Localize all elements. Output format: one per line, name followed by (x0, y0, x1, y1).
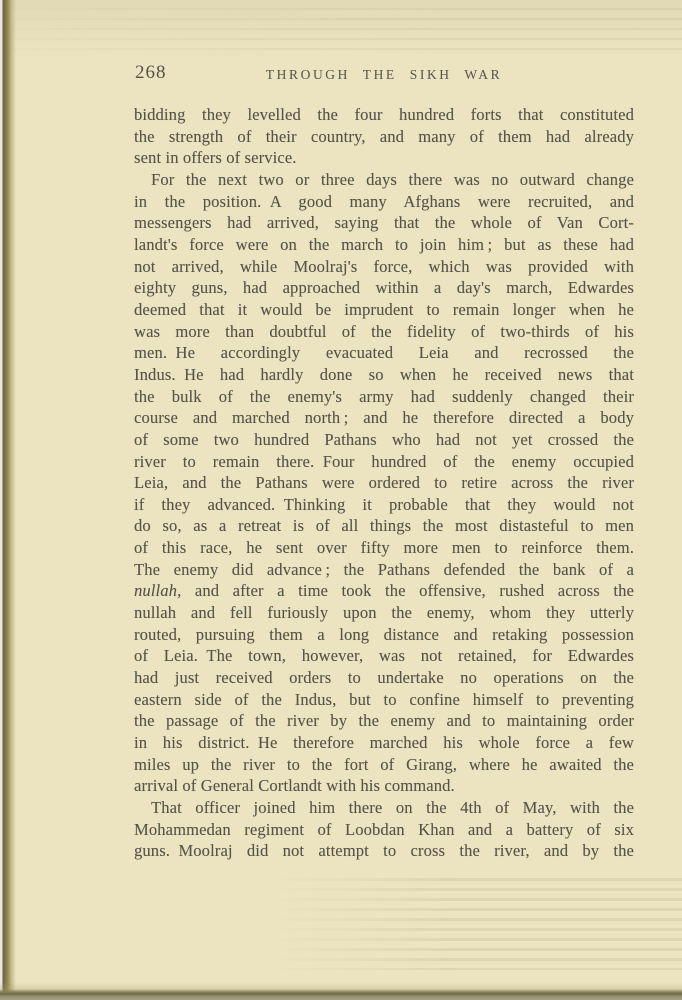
text-line: of this race, he sent over fifty more me… (134, 537, 634, 559)
text-segment: guns. Moolraj did not attempt to cross t… (134, 841, 634, 860)
text-line: the passage of the river by the enemy an… (134, 710, 634, 732)
text-line: routed, pursuing them a long distance an… (134, 624, 634, 646)
text-line: eighty guns, had approached within a day… (134, 277, 634, 299)
text-segment: For the next two or three days there was… (151, 170, 634, 189)
text-segment: The enemy did advance ; the Pathans defe… (134, 560, 634, 579)
text-segment: river to remain there. Four hundred of t… (134, 452, 634, 471)
text-line: arrival of General Cortlandt with his co… (134, 775, 634, 797)
text-segment: Indus. He had hardly done so when he rec… (134, 365, 634, 384)
text-segment: and after a time took the offensive, rus… (181, 581, 634, 600)
text-segment: miles up the river to the fort of Girang… (134, 755, 634, 774)
text-line: in his district. He therefore marched hi… (134, 732, 634, 754)
text-line: Leia, and the Pathans were ordered to re… (134, 472, 634, 494)
text-segment: course and marched north ; and he theref… (134, 408, 634, 427)
text-line: if they advanced. Thinking it probable t… (134, 494, 634, 516)
text-segment: was more than doubtful of the fidelity o… (134, 322, 634, 341)
text-segment: sent in offers of service. (134, 148, 297, 167)
text-segment: in the position. A good many Afghans wer… (134, 192, 634, 211)
text-line: do so, as a retreat is of all things the… (134, 515, 634, 537)
text-segment: eastern side of the Indus, but to confin… (134, 690, 634, 709)
text-line: course and marched north ; and he theref… (134, 407, 634, 429)
text-line: miles up the river to the fort of Girang… (134, 754, 634, 776)
text-line: in the position. A good many Afghans wer… (134, 191, 634, 213)
scan-artifact-top (0, 8, 682, 54)
text-line: river to remain there. Four hundred of t… (134, 451, 634, 473)
text-segment: of some two hundred Pathans who had not … (134, 430, 634, 449)
text-segment: the passage of the river by the enemy an… (134, 711, 634, 730)
text-line: guns. Moolraj did not attempt to cross t… (134, 840, 634, 862)
text-segment: messengers had arrived, saying that the … (134, 213, 634, 232)
text-segment: landt's force were on the march to join … (134, 235, 634, 254)
text-line: landt's force were on the march to join … (134, 234, 634, 256)
body-text: bidding they levelled the four hundred f… (134, 104, 634, 862)
text-line: men. He accordingly evacuated Leia and r… (134, 342, 634, 364)
text-line: bidding they levelled the four hundred f… (134, 104, 634, 126)
text-line: the strength of their country, and many … (134, 126, 634, 148)
text-line: That officer joined him there on the 4th… (134, 797, 634, 819)
italic-term: nullah, (134, 581, 181, 600)
text-segment: of this race, he sent over fifty more me… (134, 538, 634, 557)
text-line: was more than doubtful of the fidelity o… (134, 321, 634, 343)
text-line: nullah, and after a time took the offens… (134, 580, 634, 602)
text-segment: eighty guns, had approached within a day… (134, 278, 634, 297)
text-line: the bulk of the enemy's army had suddenl… (134, 386, 634, 408)
text-segment: do so, as a retreat is of all things the… (134, 516, 634, 535)
page-bottom-edge (0, 982, 682, 1000)
text-segment: the bulk of the enemy's army had suddenl… (134, 387, 634, 406)
text-segment: the strength of their country, and many … (134, 127, 634, 146)
text-segment: routed, pursuing them a long distance an… (134, 625, 634, 644)
page-header: 268 THROUGH THE SIKH WAR (134, 62, 634, 88)
text-segment: That officer joined him there on the 4th… (151, 798, 634, 817)
text-segment: in his district. He therefore marched hi… (134, 733, 634, 752)
text-segment: had just received orders to undertake no… (134, 668, 634, 687)
text-line: nullah and fell furiously upon the enemy… (134, 602, 634, 624)
text-segment: if they advanced. Thinking it probable t… (134, 495, 634, 514)
text-line: The enemy did advance ; the Pathans defe… (134, 559, 634, 581)
text-segment: Mohammedan regiment of Loobdan Khan and … (134, 820, 634, 839)
text-line: For the next two or three days there was… (134, 169, 634, 191)
text-segment: not arrived, while Moolraj's force, whic… (134, 257, 634, 276)
text-line: had just received orders to undertake no… (134, 667, 634, 689)
text-segment: bidding they levelled the four hundred f… (134, 105, 634, 124)
book-page-scan: 268 THROUGH THE SIKH WAR bidding they le… (0, 0, 682, 1000)
text-line: deemed that it would be imprudent to rem… (134, 299, 634, 321)
text-line: of some two hundred Pathans who had not … (134, 429, 634, 451)
text-segment: Leia, and the Pathans were ordered to re… (134, 473, 634, 492)
text-line: not arrived, while Moolraj's force, whic… (134, 256, 634, 278)
text-segment: arrival of General Cortlandt with his co… (134, 776, 455, 795)
scan-artifact-bottom (273, 878, 682, 970)
text-segment: men. He accordingly evacuated Leia and r… (134, 343, 634, 362)
page-binding-edge (0, 0, 16, 1000)
text-line: eastern side of the Indus, but to confin… (134, 689, 634, 711)
text-segment: nullah and fell furiously upon the enemy… (134, 603, 634, 622)
text-line: of Leia. The town, however, was not reta… (134, 645, 634, 667)
text-line: messengers had arrived, saying that the … (134, 212, 634, 234)
running-head: THROUGH THE SIKH WAR (134, 67, 634, 83)
text-line: sent in offers of service. (134, 147, 634, 169)
text-segment: of Leia. The town, however, was not reta… (134, 646, 634, 665)
text-line: Indus. He had hardly done so when he rec… (134, 364, 634, 386)
text-line: Mohammedan regiment of Loobdan Khan and … (134, 819, 634, 841)
text-segment: deemed that it would be imprudent to rem… (134, 300, 634, 319)
